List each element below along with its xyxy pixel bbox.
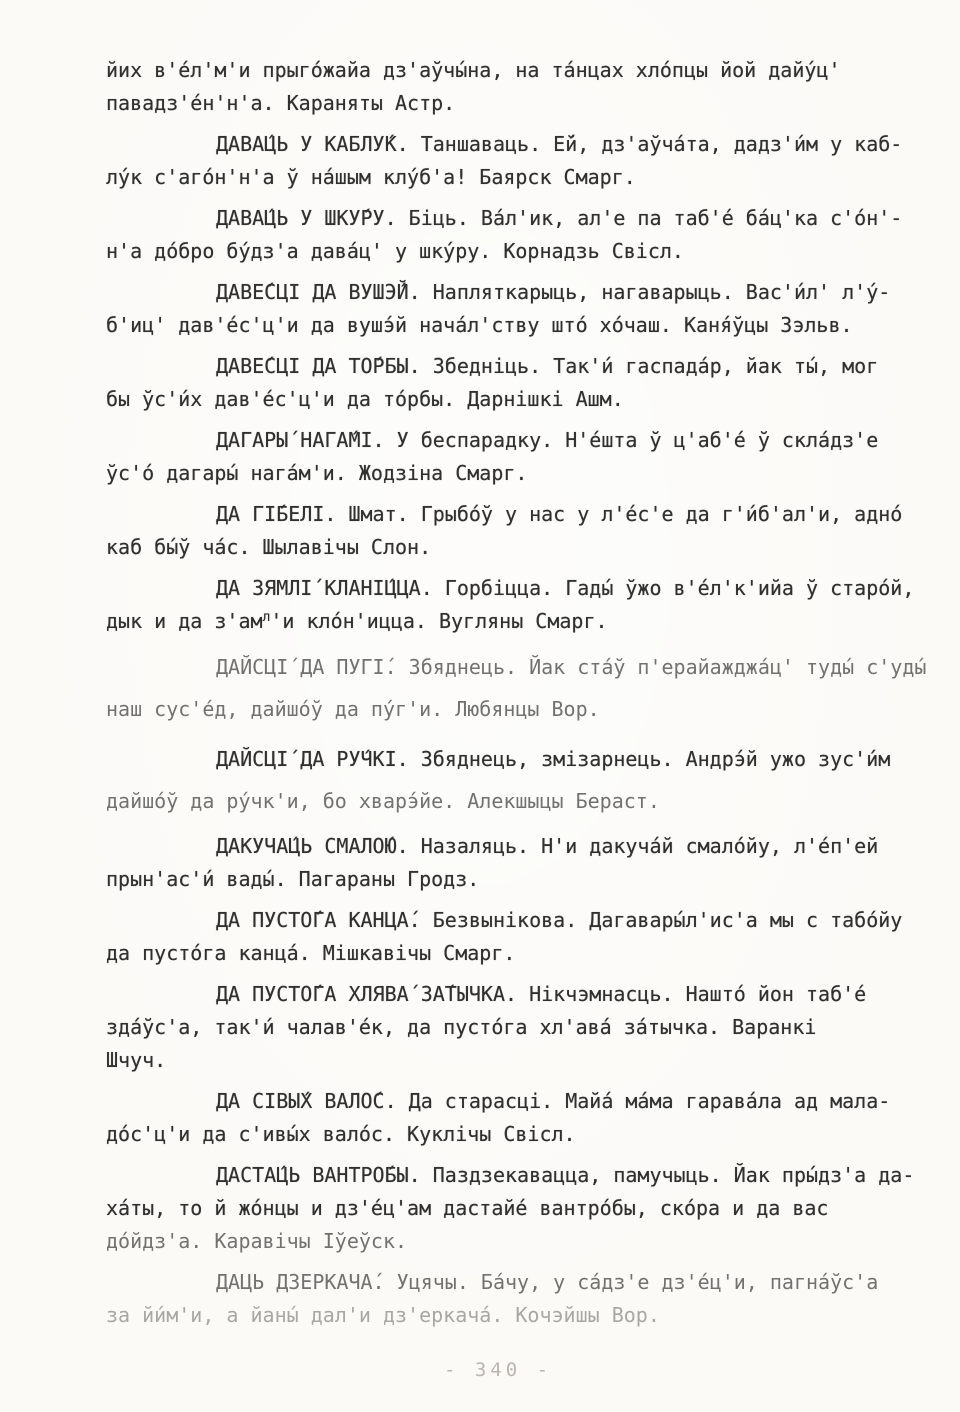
dictionary-entry: ДАГАРЫ́ НАГА́МІ. У беспарадку. Н'е́шта ў… [106,424,890,490]
dictionary-entry: ДАКУЧА́ЦЬ СМАЛО́Ю. Назаляць. Н'и дакуча́… [106,830,890,896]
entry-line: ДА СІВЫ́Х ВАЛО́С. Да старасці. Майа́ ма́… [106,1085,890,1118]
dictionary-entry: ДАВА́ЦЬ У ШКУ́РУ. Біць. Ва́л'ик, ал'е па… [106,202,890,268]
entry-line: ДАЦЬ ДЗЕРКАЧА́. Уцячы. Ба́чу, у са́дз'е … [106,1266,890,1299]
dictionary-entry: ДАСТА́ЦЬ ВАНТРО́БЫ. Паздзекавацца, памуч… [106,1159,890,1258]
entry-line: ДАСТА́ЦЬ ВАНТРО́БЫ. Паздзекавацца, памуч… [106,1159,890,1192]
entry-line: н'а до́бро бу́дз'а дава́ц' у шку́ру. Кор… [106,235,890,268]
entry-line: дык и да з'амл'и кло́н'ицца. Вугляны Сма… [106,605,890,638]
entry-line: каб бы́ў ча́с. Шылавічы Слон. [106,531,890,564]
entry-line: да пусто́га канца́. Мішкавічы Смарг. [106,937,890,970]
entry-line: йих в'е́л'м'и прыго́жайа дз'аўчы́на, на … [106,54,890,87]
dictionary-entry: ДАЙСЦІ́ ДА РУ́ЧКІ. Збяднець, змізарнець.… [106,738,890,822]
entry-line-segment: дык и да з'ам [106,609,263,633]
dictionary-entry: ДА ПУСТО́ГА ХЛЯВА́ ЗА́ТЫЧКА. Нікчэмнасць… [106,978,890,1077]
dictionary-entry: ДА СІВЫ́Х ВАЛО́С. Да старасці. Майа́ ма́… [106,1085,890,1151]
entry-line: ДА ПУСТО́ГА ХЛЯВА́ ЗА́ТЫЧКА. Нікчэмнасць… [106,978,890,1011]
entry-line: ДА ГІ́БЕЛІ. Шмат. Грыбо́ў у нас у л'е́с'… [106,498,890,531]
entry-line: ДАВЕ́СЦІ ДА ТО́РБЫ. Збедніць. Так'и́ гас… [106,350,890,383]
entry-line: б'иц' дав'е́с'ц'и да вушэ́й нача́л'ству … [106,309,890,342]
dictionary-entry: ДАВЕ́СЦІ ДА ВУШЭ́Й. Напляткарыць, нагава… [106,276,890,342]
entry-line: ДАВА́ЦЬ У КАБЛУ́К. Таншаваць. Е́й, дз'аў… [106,128,890,161]
entry-line: зда́ўс'а, так'и́ чалав'е́к, да пусто́га … [106,1011,890,1044]
entry-line: ДАЙСЦІ́ ДА ПУГІ́. Збяднець. Йак ста́ў п'… [106,646,890,688]
entry-line: ўс'о́ дагары́ нага́м'и. Жодзіна Смарг. [106,457,890,490]
dictionary-entry: ДАЦЬ ДЗЕРКАЧА́. Уцячы. Ба́чу, у са́дз'е … [106,1266,890,1332]
dictionary-entry-continuation: йих в'е́л'м'и прыго́жайа дз'аўчы́на, на … [106,54,890,120]
entry-line: ДАКУЧА́ЦЬ СМАЛО́Ю. Назаляць. Н'и дакуча́… [106,830,890,863]
entry-line: ДАГАРЫ́ НАГА́МІ. У беспарадку. Н'е́шта ў… [106,424,890,457]
entry-line: дайшо́ў да ру́чк'и, бо хварэ́йе. Алекшыц… [106,780,890,822]
dictionary-entry: ДАВА́ЦЬ У КАБЛУ́К. Таншаваць. Е́й, дз'аў… [106,128,890,194]
entry-line: прын'ас'и́ вады́. Пагараны Гродз. [106,863,890,896]
entry-line: ха́ты, то й жо́нцы и дз'е́ц'ам дастайе́ … [106,1192,890,1225]
entry-line: лу́к с'аго́н'н'а ў на́шым клу́б'а! Баярс… [106,161,890,194]
scanned-page: йих в'е́л'м'и прыго́жайа дз'аўчы́на, на … [0,0,960,1387]
entry-line: за йи́м'и, а йаны́ дал'и дз'еркача́. Коч… [106,1299,890,1332]
dictionary-entry: ДАВЕ́СЦІ ДА ТО́РБЫ. Збедніць. Так'и́ гас… [106,350,890,416]
page-number: - 340 - [106,1354,890,1387]
entry-line: ДАВЕ́СЦІ ДА ВУШЭ́Й. Напляткарыць, нагава… [106,276,890,309]
entry-line: ДА ЗЯМЛІ́ КЛАНІ́ЦЦА. Горбіцца. Гады́ ўжо… [106,572,890,605]
dictionary-entry: ДАЙСЦІ́ ДА ПУГІ́. Збяднець. Йак ста́ў п'… [106,646,890,730]
entry-line: наш сус'е́д, дайшо́ў да пу́г'и. Любянцы … [106,688,890,730]
entry-line: до́йдз'а. Каравічы Іўеўск. [106,1225,890,1258]
entry-line: Шчуч. [106,1044,890,1077]
entry-line: ДАЙСЦІ́ ДА РУ́ЧКІ. Збяднець, змізарнець.… [106,738,890,780]
dictionary-entry: ДА ЗЯМЛІ́ КЛАНІ́ЦЦА. Горбіцца. Гады́ ўжо… [106,572,890,638]
entry-line: ДА ПУСТО́ГА КАНЦА́. Безвынікова. Дагавар… [106,904,890,937]
dictionary-entry: ДА ПУСТО́ГА КАНЦА́. Безвынікова. Дагавар… [106,904,890,970]
entry-line: до́с'ц'и да с'ивы́х вало́с. Куклічы Свіс… [106,1118,890,1151]
entry-line: бы ўс'и́х дав'е́с'ц'и да то́рбы. Дарнішк… [106,383,890,416]
entry-line: ДАВА́ЦЬ У ШКУ́РУ. Біць. Ва́л'ик, ал'е па… [106,202,890,235]
dictionary-entry: ДА ГІ́БЕЛІ. Шмат. Грыбо́ў у нас у л'е́с'… [106,498,890,564]
entry-line: павадз'е́н'н'а. Караняты Астр. [106,87,890,120]
entry-line-segment: 'и кло́н'ицца. Вугляны Смарг. [270,609,607,633]
